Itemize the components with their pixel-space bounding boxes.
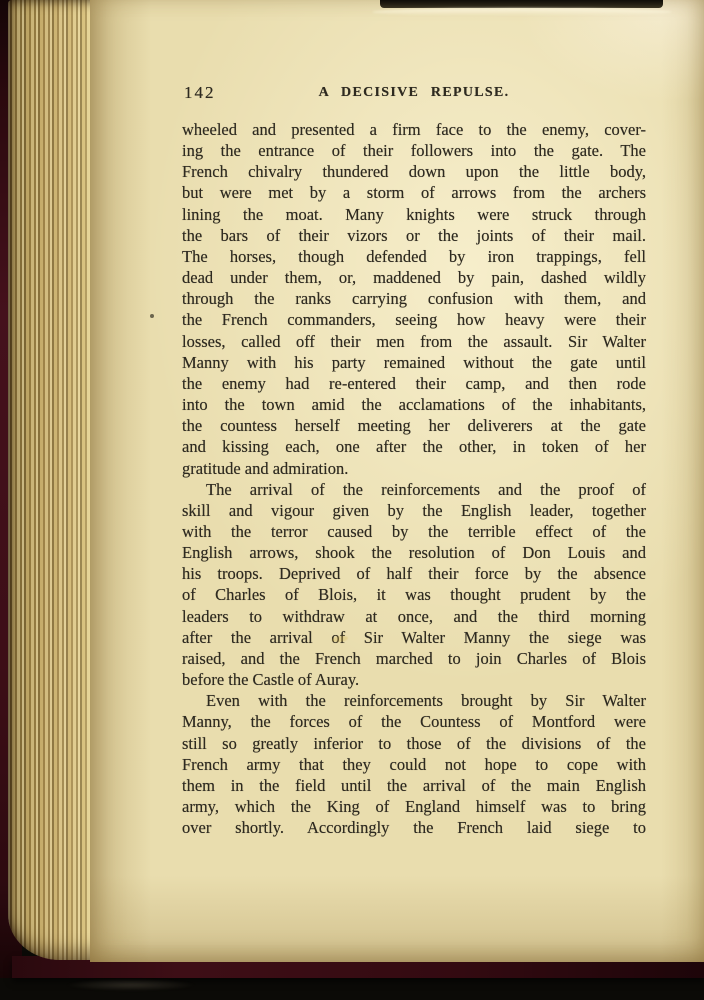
book-scan-scene: 142 A DECISIVE REPULSE. wheeled and pres… [0,0,704,1000]
facing-page-gap [380,0,663,8]
text-line: ing the entrance of their followers into… [182,140,646,161]
text-line: The arrival of the reinforcements and th… [182,479,646,500]
facing-page-gap-highlight [372,8,672,16]
text-line: the bars of their vizors or the joints o… [182,225,646,246]
text-line: the French commanders, seeing how heavy … [182,309,646,330]
text-line: losses, called off their men from the as… [182,331,646,352]
text-line: wheeled and presented a firm face to the… [182,119,646,140]
text-line: before the Castle of Auray. [182,669,646,690]
text-line: French army that they could not hope to … [182,754,646,775]
text-line: leaders to withdraw at once, and the thi… [182,606,646,627]
running-header: A DECISIVE REPULSE. [182,85,646,101]
text-line: Manny with his party remained without th… [182,352,646,373]
text-line: Manny, the forces of the Countess of Mon… [182,711,646,732]
text-line: raised, and the French marched to join C… [182,648,646,669]
text-line: dead under them, or, maddened by pain, d… [182,267,646,288]
page-edges-stack [8,0,102,960]
text-line: English arrows, shook the resolution of … [182,542,646,563]
text-line: the countess herself meeting her deliver… [182,415,646,436]
text-line: into the town amid the acclamations of t… [182,394,646,415]
text-line: still so greatly inferior to those of th… [182,733,646,754]
margin-speck [150,314,154,318]
text-line: but were met by a storm of arrows from t… [182,182,646,203]
text-line: army, which the King of England himself … [182,796,646,817]
text-line: with the terror caused by the terrible e… [182,521,646,542]
text-line: gratitude and admiration. [182,458,646,479]
body-text: wheeled and presented a firm face to the… [182,119,646,838]
text-line: the enemy had re-entered their camp, and… [182,373,646,394]
text-line: French chivalry thundered down upon the … [182,161,646,182]
text-line: of Charles of Blois, it was thought prud… [182,584,646,605]
text-line: skill and vigour given by the English le… [182,500,646,521]
text-line: and kissing each, one after the other, i… [182,436,646,457]
text-line: them in the field until the arrival of t… [182,775,646,796]
floor-glint [66,979,196,991]
text-line: through the ranks carrying confusion wit… [182,288,646,309]
text-line: after the arrival of Sir Walter Manny th… [182,627,646,648]
text-line: Even with the reinforcements brought by … [182,690,646,711]
page-header-row: 142 A DECISIVE REPULSE. [182,83,646,105]
text-line: lining the moat. Many knights were struc… [182,204,646,225]
text-line: over shortly. Accordingly the French lai… [182,817,646,838]
text-line: his troops. Deprived of half their force… [182,563,646,584]
text-line: The horses, though defended by iron trap… [182,246,646,267]
